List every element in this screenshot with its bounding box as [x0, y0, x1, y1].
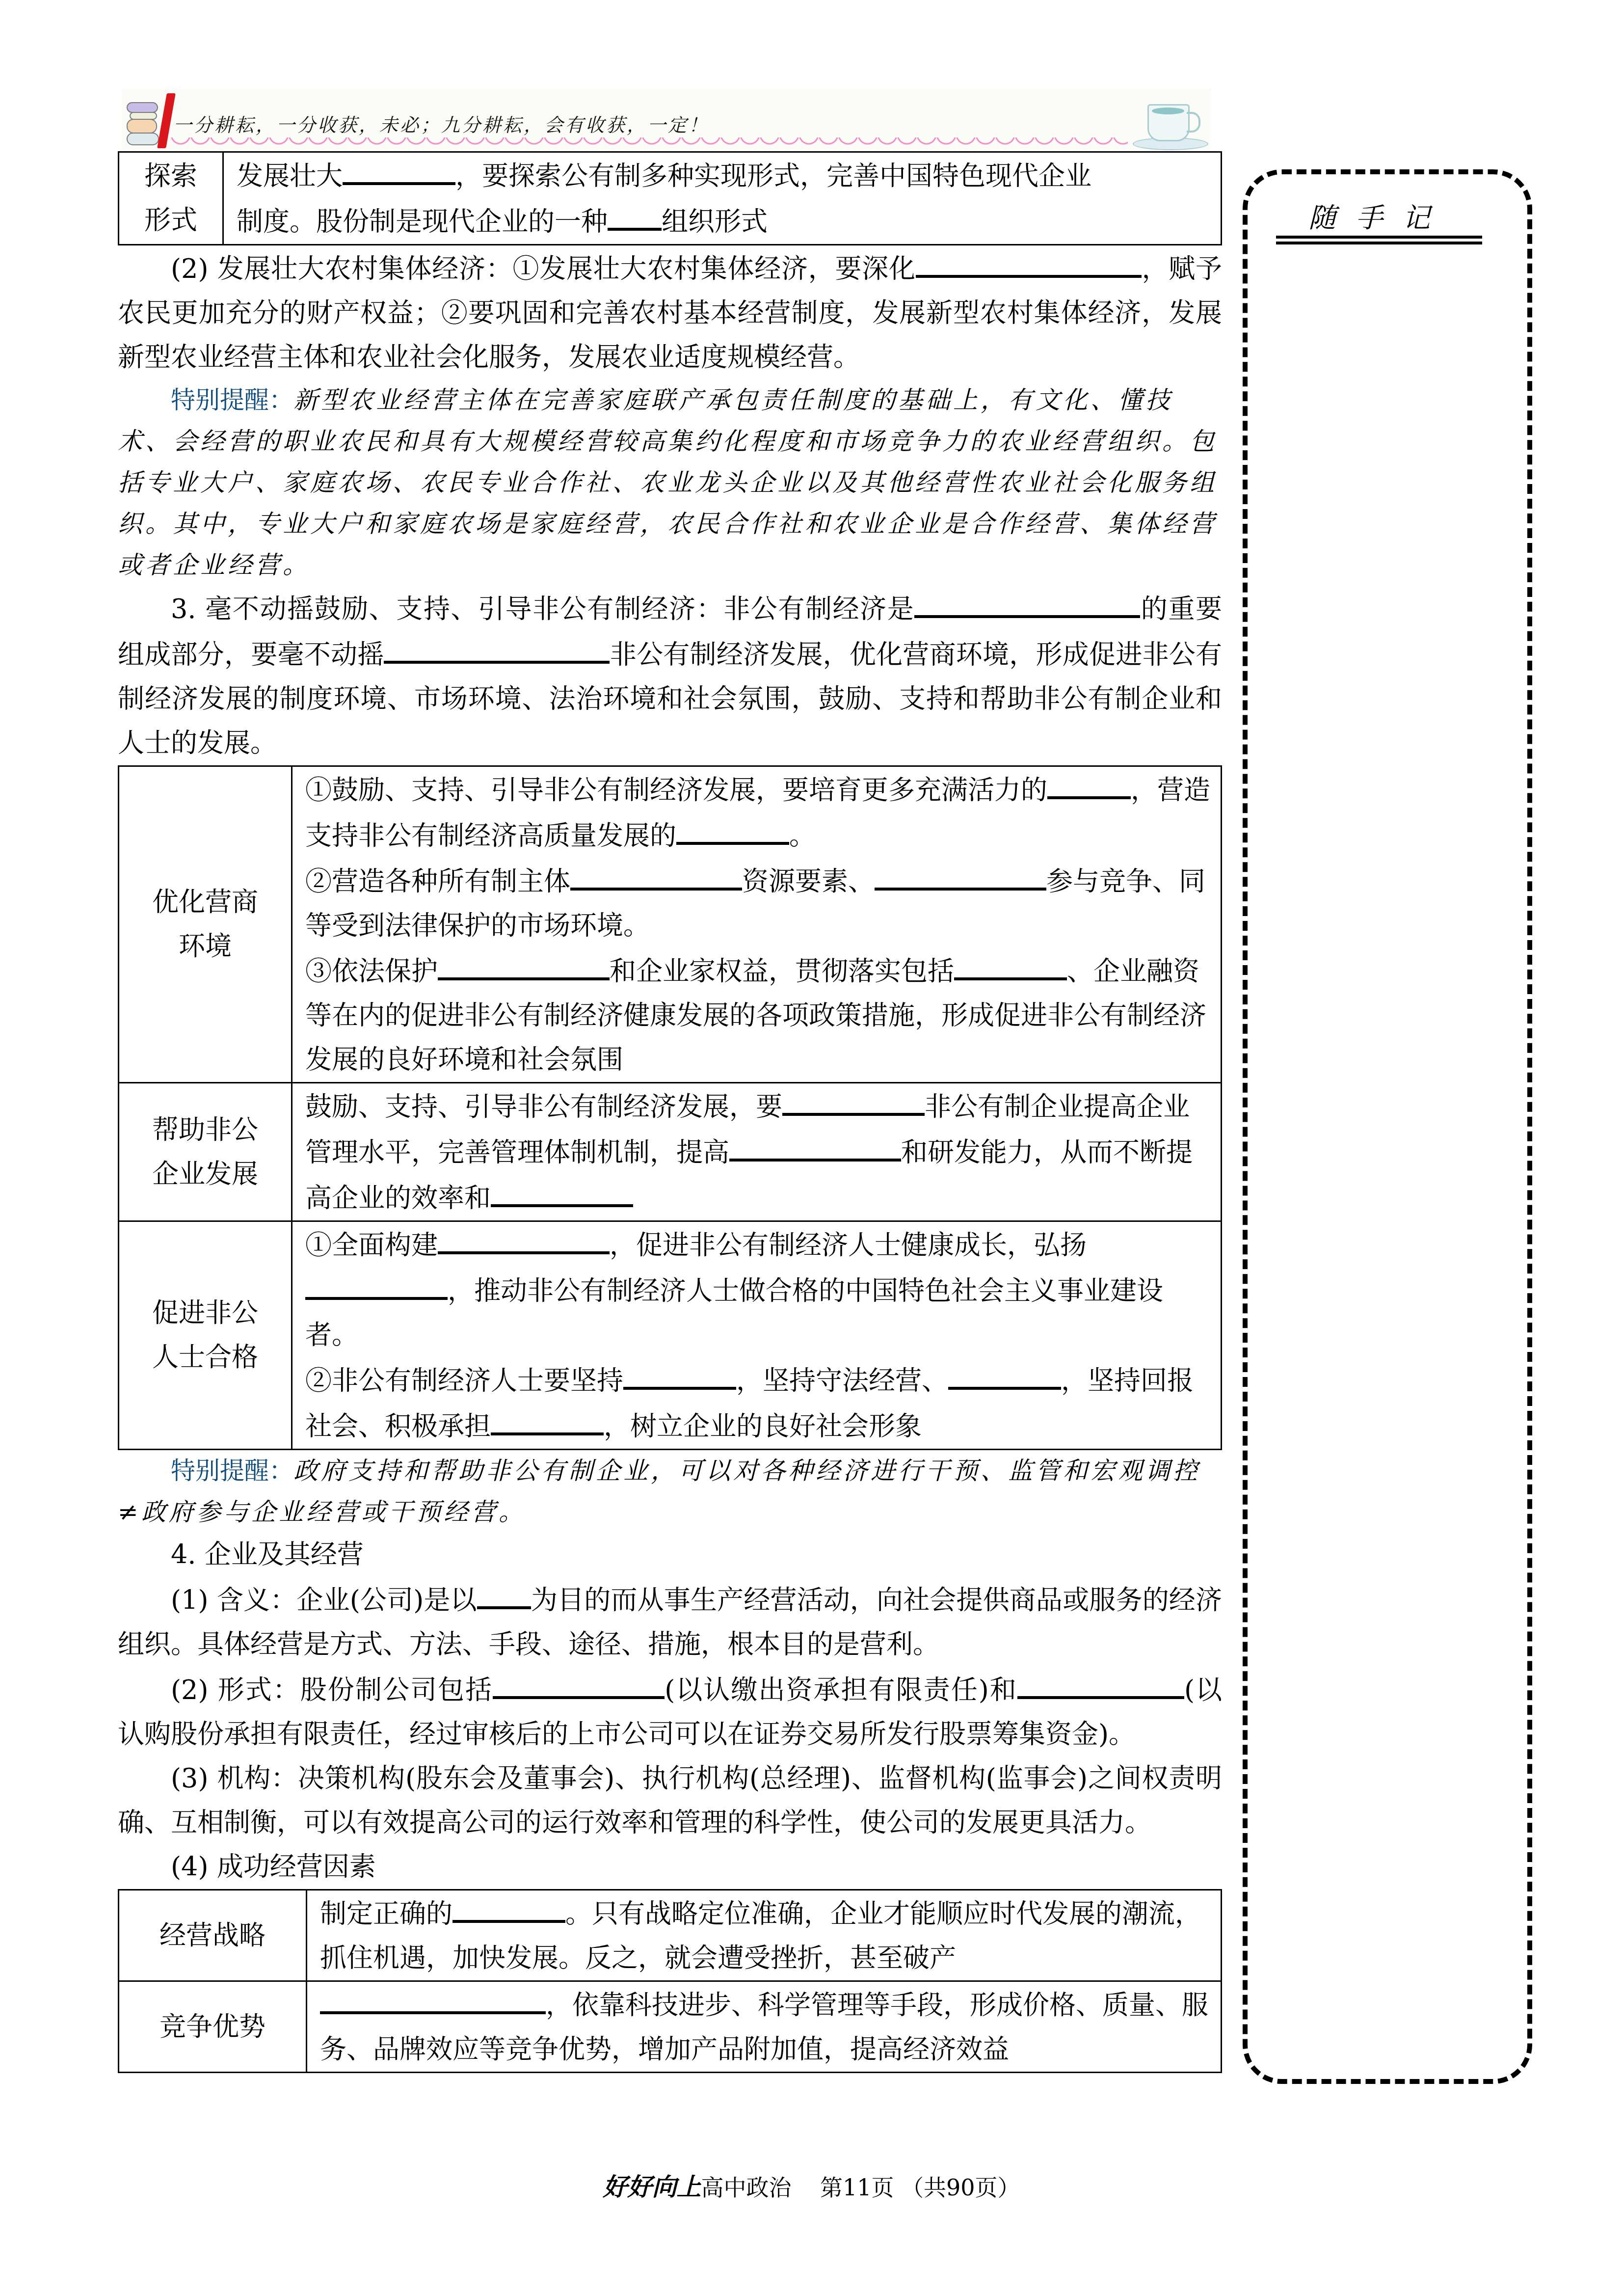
- fill-blank[interactable]: [729, 1129, 901, 1162]
- fill-blank[interactable]: [320, 1982, 546, 2014]
- enterprise-structure-paragraph: (3) 机构：决策机构(股东会及董事会)、执行机构(总经理)、监督机构(监事会)…: [118, 1756, 1222, 1845]
- explore-form-table: 探索 形式 发展壮大，要探索公有制多种实现形式，完善中国特色现代企业 制度。股份…: [118, 151, 1222, 245]
- row-head: 优化营商 环境: [119, 766, 292, 1083]
- row-head-line: 优化营商: [129, 880, 281, 924]
- row-head: 促进非公 人士合格: [119, 1221, 292, 1450]
- row-head-line: 人士合格: [129, 1335, 281, 1379]
- fill-blank[interactable]: [608, 198, 662, 231]
- header-motto: 一分耕耘，一分收获，未必；九分耕耘，会有收获，一定！: [173, 110, 709, 137]
- text: ③依法保护: [305, 956, 438, 987]
- fill-blank[interactable]: [1047, 767, 1131, 799]
- teacup-handle-icon: [1187, 112, 1200, 133]
- row-head-line: 环境: [129, 924, 281, 969]
- text: (2) 形式：股份制公司包括: [171, 1675, 493, 1705]
- page-total: （共90页）: [901, 2174, 1020, 2201]
- text: ①鼓励、支持、引导非公有制经济发展，要培育更多充满活力的: [305, 775, 1047, 806]
- note-label: 特别提醒：: [171, 1457, 293, 1485]
- row-body: ，依靠科技进步、科学管理等手段，形成价格、质量、服务、品牌效应等竞争优势，增加产…: [307, 1981, 1222, 2073]
- text: ②营造各种所有制主体: [305, 866, 570, 897]
- fill-blank[interactable]: [782, 1083, 925, 1116]
- text: 鼓励、支持、引导非公有制经济发展，要: [305, 1091, 782, 1122]
- row-head-line: 帮助非公: [129, 1108, 281, 1152]
- fill-blank[interactable]: [384, 631, 610, 664]
- text: ①全面构建: [305, 1230, 438, 1261]
- fill-blank[interactable]: [916, 245, 1142, 278]
- row-head-line: 促进非公: [129, 1291, 281, 1335]
- text: 发展壮大: [237, 161, 343, 191]
- text: 制度。股份制是现代企业的一种: [237, 206, 608, 237]
- row-body: ①鼓励、支持、引导非公有制经济发展，要培育更多充满活力的，营造支持非公有制经济高…: [292, 766, 1222, 1083]
- note-label: 特别提醒：: [171, 386, 293, 414]
- footer-subject: 高中政治: [701, 2174, 791, 2201]
- special-note: 特别提醒：新型农业经营主体在完善家庭联产承包责任制度的基础上，有文化、懂技术、会…: [118, 379, 1222, 586]
- fill-blank[interactable]: [305, 1268, 448, 1300]
- fill-blank[interactable]: [491, 1403, 604, 1435]
- text: 3. 毫不动摇鼓励、支持、引导非公有制经济：非公有制经济是: [171, 594, 914, 624]
- page-number: 第11页: [820, 2174, 894, 2201]
- text: 和企业家权益，贯彻落实包括: [610, 956, 954, 987]
- text: (以认缴出资承担有限责任)和: [665, 1675, 1017, 1705]
- text: 资源要素、: [742, 866, 875, 897]
- fill-blank[interactable]: [676, 812, 789, 845]
- wave-decoration: [171, 137, 1128, 148]
- nonpublic-paragraph: 3. 毫不动摇鼓励、支持、引导非公有制经济：非公有制经济是的重要组成部分，要毫不…: [118, 586, 1222, 765]
- text: 组织形式: [662, 206, 768, 237]
- teacup-icon: [1147, 104, 1190, 141]
- fill-blank[interactable]: [948, 1357, 1061, 1390]
- fill-blank[interactable]: [570, 858, 742, 891]
- row-head: 帮助非公 企业发展: [119, 1083, 292, 1221]
- row-body: ①全面构建，促进非公有制经济人士健康成长，弘扬，推动非公有制经济人士做合格的中国…: [292, 1221, 1222, 1450]
- table-row: 探索 形式 发展壮大，要探索公有制多种实现形式，完善中国特色现代企业 制度。股份…: [119, 152, 1222, 245]
- section-heading: 4. 企业及其经营: [118, 1533, 1222, 1577]
- fill-blank[interactable]: [623, 1357, 736, 1390]
- text: ，要探索公有制多种实现形式，完善中国特色现代企业: [455, 161, 1091, 191]
- fill-blank[interactable]: [493, 1667, 665, 1699]
- row-head: 探索 形式: [119, 152, 223, 245]
- fill-blank[interactable]: [914, 586, 1140, 618]
- text: ，: [1142, 253, 1169, 284]
- enterprise-meaning-paragraph: (1) 含义：企业(公司)是以为目的而从事生产经营活动，向社会提供商品或服务的经…: [118, 1577, 1222, 1667]
- fill-blank[interactable]: [438, 948, 610, 980]
- main-content: 探索 形式 发展壮大，要探索公有制多种实现形式，完善中国特色现代企业 制度。股份…: [118, 151, 1222, 2073]
- fill-blank[interactable]: [452, 1891, 565, 1923]
- footer-brand: 好好向上: [603, 2172, 701, 2201]
- row-head: 竞争优势: [119, 1981, 307, 2073]
- enterprise-form-paragraph: (2) 形式：股份制公司包括(以认缴出资承担有限责任)和(以认购股份承担有限责任…: [118, 1667, 1222, 1756]
- nonpublic-table: 优化营商 环境 ①鼓励、支持、引导非公有制经济发展，要培育更多充满活力的，营造支…: [118, 765, 1222, 1450]
- table-row: 优化营商 环境 ①鼓励、支持、引导非公有制经济发展，要培育更多充满活力的，营造支…: [119, 766, 1222, 1083]
- row-body: 制定正确的。只有战略定位准确，企业才能顺应时代发展的潮流，抓住机遇，加快发展。反…: [307, 1890, 1222, 1981]
- table-row: 竞争优势 ，依靠科技进步、科学管理等手段，形成价格、质量、服务、品牌效应等竞争优…: [119, 1981, 1222, 2073]
- text: (2) 发展壮大农村集体经济：①发展壮大农村集体经济，要深化: [171, 253, 916, 284]
- notes-panel[interactable]: [1243, 169, 1532, 2084]
- text: ，促进非公有制经济人士健康成长，弘扬: [610, 1230, 1087, 1261]
- header-banner: 一分耕耘，一分收获，未必；九分耕耘，会有收获，一定！: [122, 88, 1211, 150]
- text: 制定正确的: [320, 1898, 452, 1929]
- row-head-line: 企业发展: [129, 1152, 281, 1196]
- text: ，树立企业的良好社会形象: [604, 1411, 922, 1442]
- fill-blank[interactable]: [954, 948, 1067, 980]
- fill-blank[interactable]: [343, 153, 455, 185]
- fill-blank[interactable]: [875, 858, 1046, 891]
- fill-blank[interactable]: [477, 1577, 531, 1609]
- special-note: 特别提醒：政府支持和帮助非公有制企业，可以对各种经济进行干预、监管和宏观调控≠政…: [118, 1450, 1222, 1533]
- success-factors-heading: (4) 成功经营因素: [118, 1845, 1222, 1889]
- row-body: 鼓励、支持、引导非公有制经济发展，要非公有制企业提高企业管理水平，完善管理体制机…: [292, 1083, 1222, 1221]
- notes-title-rule: [1276, 236, 1482, 244]
- fill-blank[interactable]: [1017, 1667, 1184, 1699]
- text: ，坚持守法经营、: [736, 1365, 948, 1396]
- row-head: 经营战略: [119, 1890, 307, 1981]
- table-row: 促进非公 人士合格 ①全面构建，促进非公有制经济人士健康成长，弘扬，推动非公有制…: [119, 1221, 1222, 1450]
- notes-title: 随手记: [1276, 196, 1482, 236]
- fill-blank[interactable]: [438, 1222, 610, 1254]
- text: 。: [789, 820, 816, 851]
- text: ②非公有制经济人士要坚持: [305, 1365, 623, 1396]
- table-row: 经营战略 制定正确的。只有战略定位准确，企业才能顺应时代发展的潮流，抓住机遇，加…: [119, 1890, 1222, 1981]
- row-head-line: 探索: [129, 154, 213, 198]
- books-stack-icon: [127, 102, 161, 146]
- rural-collective-paragraph: (2) 发展壮大农村集体经济：①发展壮大农村集体经济，要深化，赋予农民更加充分的…: [118, 245, 1222, 379]
- row-body: 发展壮大，要探索公有制多种实现形式，完善中国特色现代企业 制度。股份制是现代企业…: [223, 152, 1222, 245]
- note-text: 新型农业经营主体在完善家庭联产承包责任制度的基础上，有文化、懂技术、会经营的职业…: [118, 386, 1217, 579]
- fill-blank[interactable]: [491, 1175, 633, 1207]
- success-factors-table: 经营战略 制定正确的。只有战略定位准确，企业才能顺应时代发展的潮流，抓住机遇，加…: [118, 1889, 1222, 2073]
- table-row: 帮助非公 企业发展 鼓励、支持、引导非公有制经济发展，要非公有制企业提高企业管理…: [119, 1083, 1222, 1221]
- text: (1) 含义：企业(公司)是以: [171, 1585, 477, 1616]
- row-head-line: 形式: [129, 198, 213, 243]
- page-footer: 好好向上高中政治 第11页 （共90页）: [0, 2172, 1623, 2202]
